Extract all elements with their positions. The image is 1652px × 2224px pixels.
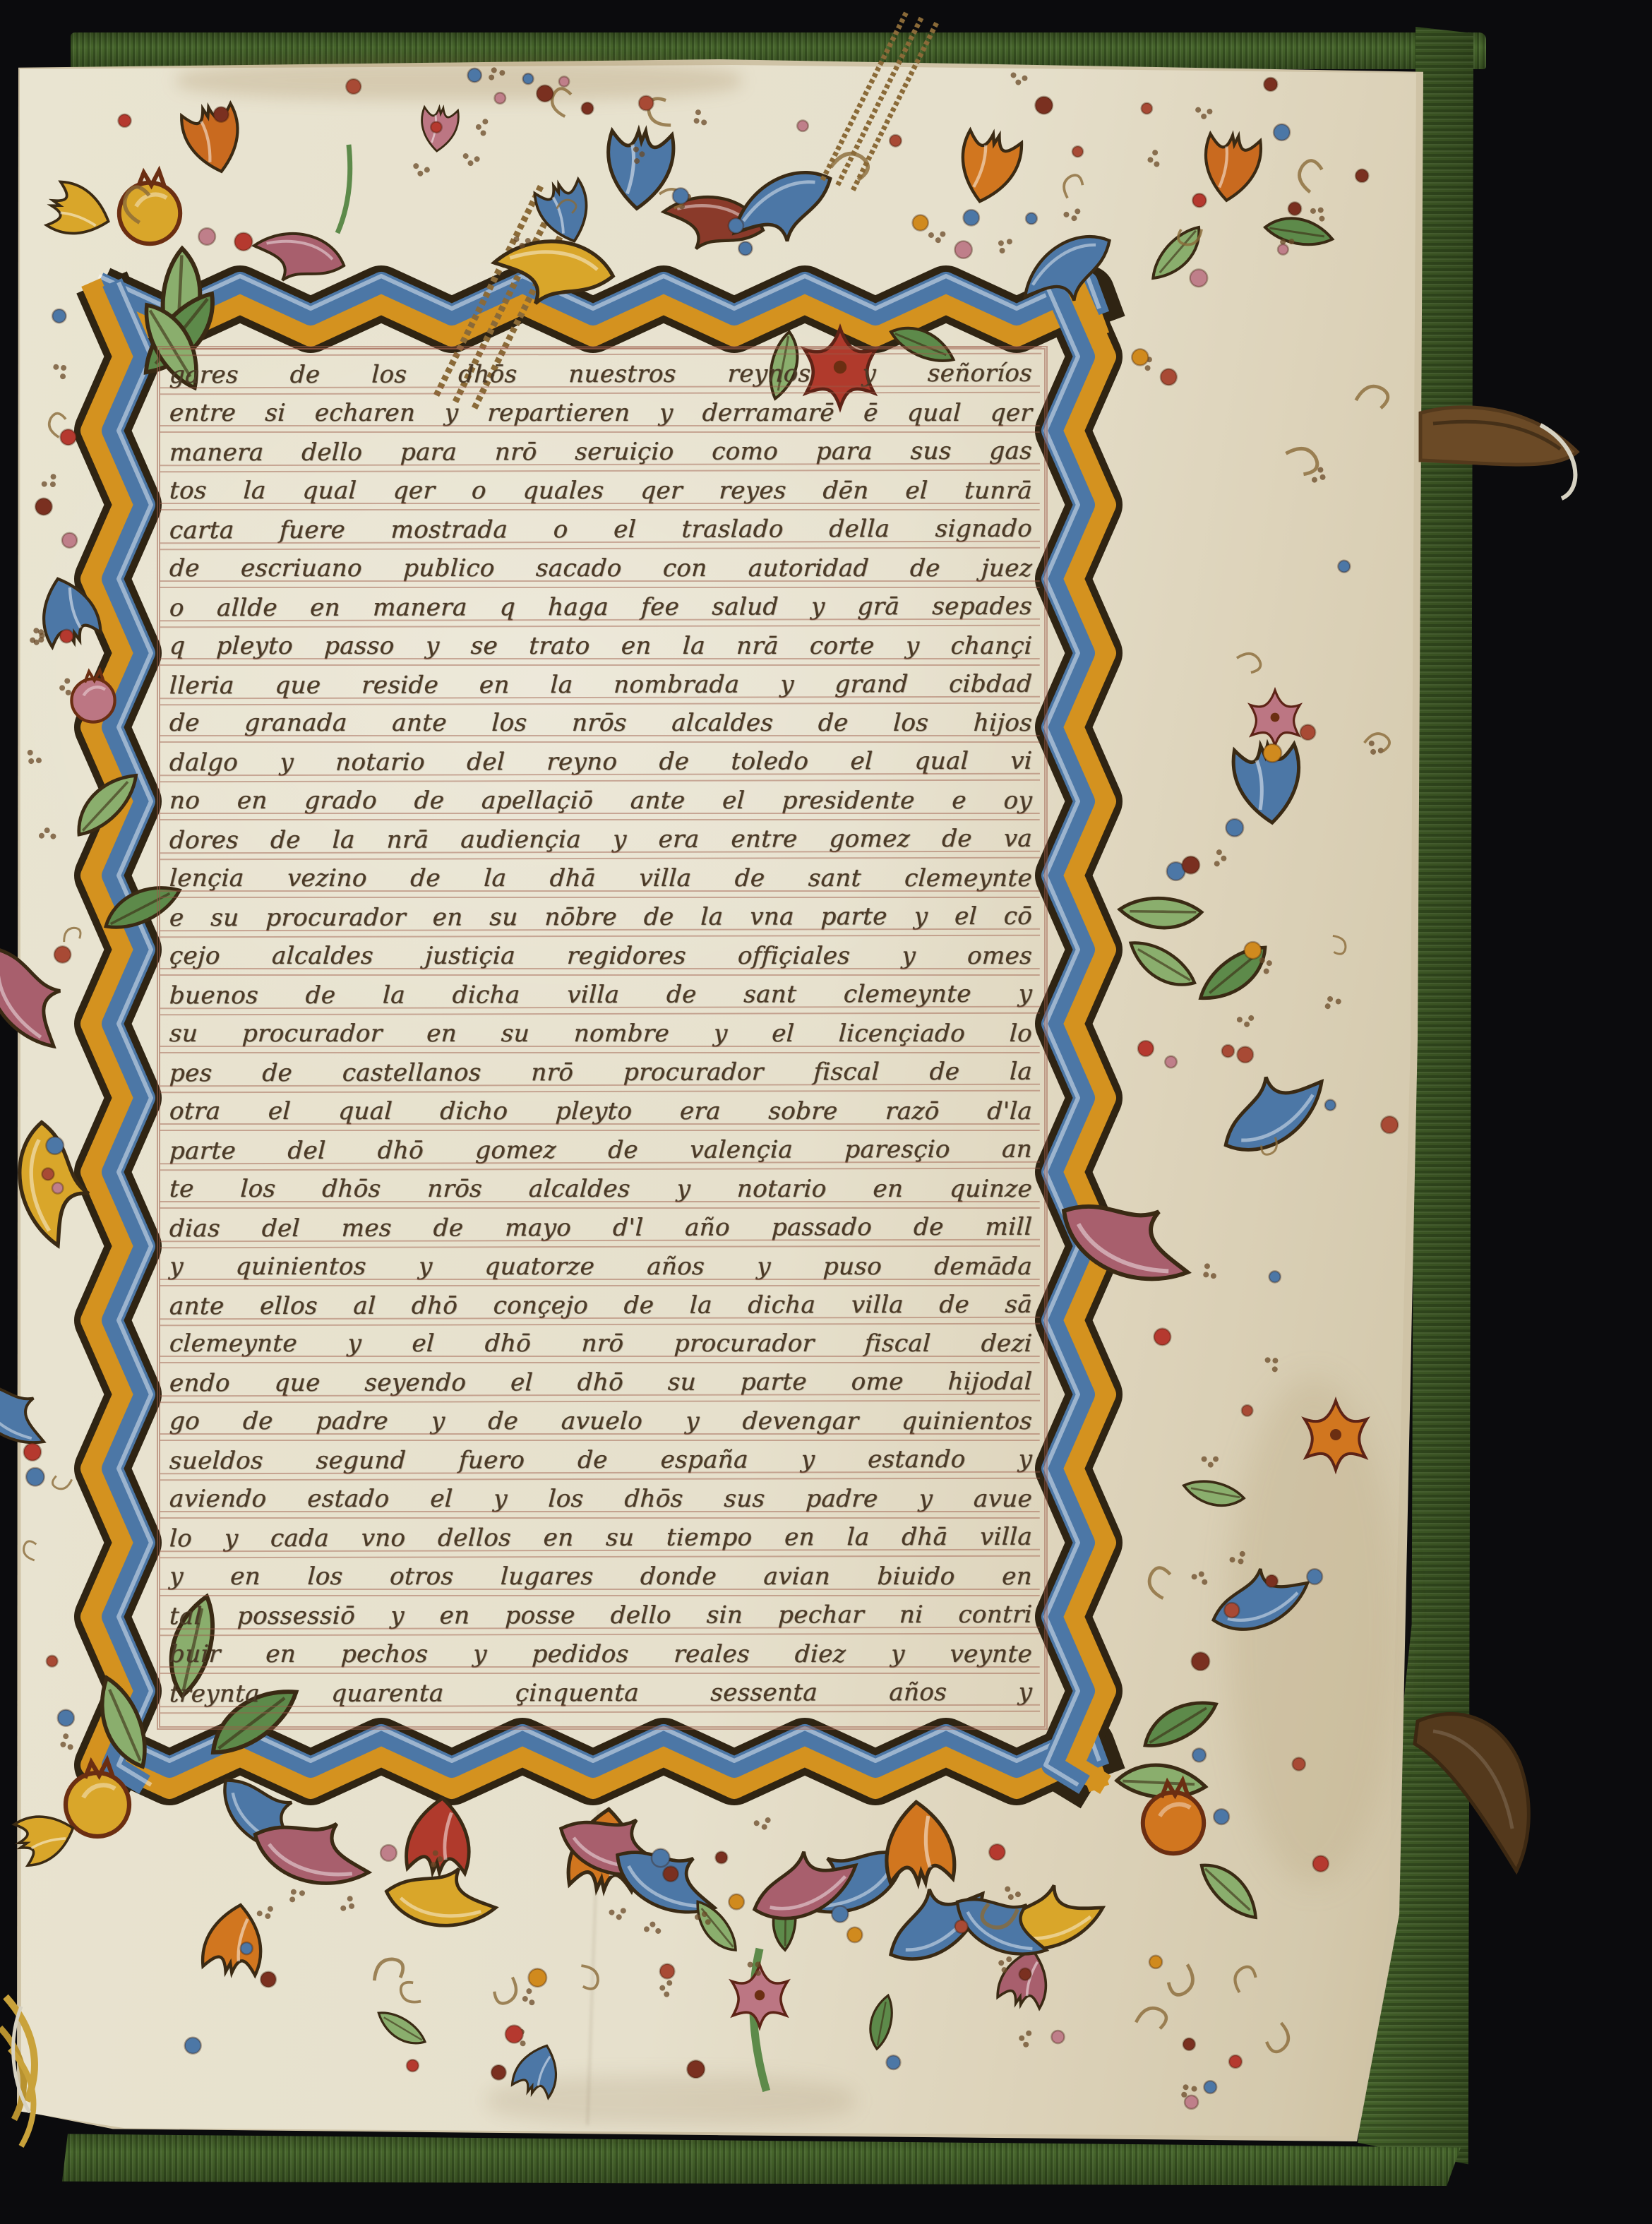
manuscript-line: manera dello para nrō seruiçio como para… xyxy=(169,434,1033,474)
flower-motif xyxy=(859,1994,905,2050)
flower-motif xyxy=(995,235,1013,256)
paint-dot xyxy=(954,241,971,258)
manuscript-line: buir en pechos y pedidos reales diez y v… xyxy=(169,1637,1034,1675)
paint-dot xyxy=(1242,1405,1253,1416)
paint-dot xyxy=(467,68,481,82)
flower-motif xyxy=(40,471,61,492)
flower-motif xyxy=(1234,650,1263,674)
leather-tie-lower xyxy=(1415,1714,1528,1871)
paint-dot xyxy=(234,233,252,251)
flower-motif xyxy=(1010,72,1027,85)
flower-motif xyxy=(1228,1548,1250,1569)
flower-motif xyxy=(475,119,489,136)
paint-dot xyxy=(52,1183,63,1193)
flower-motif xyxy=(1354,384,1389,412)
paint-dot xyxy=(1192,193,1206,207)
paint-dot xyxy=(1293,1758,1305,1771)
paint-dot xyxy=(913,215,928,230)
flower-motif xyxy=(405,1795,474,1875)
manuscript-line: o allde en manera q haga fee salud y grā… xyxy=(169,588,1033,628)
paint-dot xyxy=(1274,124,1290,141)
manuscript-line: parte del dhō gomez de valençia paresçio… xyxy=(169,1131,1033,1171)
flower-motif xyxy=(44,179,116,244)
paint-dot xyxy=(198,228,215,245)
paint-dot xyxy=(1288,202,1301,215)
flower-motif xyxy=(37,826,56,842)
paint-dot xyxy=(1072,146,1083,157)
silk-tassel xyxy=(0,1997,35,2146)
paint-dot xyxy=(24,1443,41,1460)
paint-dot xyxy=(1019,1968,1031,1980)
flower-motif xyxy=(1250,690,1300,746)
manuscript-line: de granada ante los nrōs alcaldes de los… xyxy=(169,705,1034,744)
paint-dot xyxy=(1307,1569,1322,1584)
flower-motif xyxy=(689,108,710,129)
manuscript-line: çejo alcaldes justiçia regidores offiçia… xyxy=(169,938,1034,977)
flower-motif xyxy=(1199,132,1262,204)
flower-motif xyxy=(882,1800,955,1885)
flower-motif xyxy=(1321,992,1342,1012)
flower-motif xyxy=(1166,1961,1198,1999)
flower-motif xyxy=(1182,1467,1245,1519)
paint-dot xyxy=(1165,1056,1176,1068)
flower-motif xyxy=(340,1894,357,1915)
flower-motif xyxy=(285,1884,306,1906)
flower-motif xyxy=(1190,1570,1209,1586)
paint-dot xyxy=(495,92,506,104)
manuscript-line: tal possessiō y en posse dello sin pecha… xyxy=(169,1597,1033,1637)
flower-motif xyxy=(1299,160,1322,192)
paint-dot xyxy=(1182,856,1199,874)
manuscript-line: lo y cada vno dellos en su tiempo en la … xyxy=(169,1519,1033,1560)
paint-dot xyxy=(537,85,553,102)
paint-dot xyxy=(1355,169,1368,182)
paint-dot xyxy=(1263,744,1281,763)
paint-dot xyxy=(1051,2031,1064,2043)
flower-motif xyxy=(1203,1556,1316,1639)
manuscript-line: dias del mes de mayo d'l año passado de … xyxy=(169,1209,1033,1249)
flower-motif xyxy=(1207,1054,1337,1166)
paint-dot xyxy=(1161,369,1177,385)
paint-dot xyxy=(1192,1652,1209,1670)
flower-motif xyxy=(21,1539,41,1562)
paint-dot xyxy=(42,1168,54,1180)
flower-motif xyxy=(50,360,71,381)
leather-tie-upper xyxy=(1420,407,1577,498)
manuscript-line: go de padre y de avuelo y devengar quini… xyxy=(169,1404,1034,1442)
manuscript-line: pes de castellanos nrō procurador fiscal… xyxy=(169,1054,1033,1094)
paint-dot xyxy=(582,102,594,114)
paint-dot xyxy=(62,533,77,548)
paint-dot xyxy=(185,2038,201,2054)
flower-motif xyxy=(1236,1012,1257,1030)
flower-motif xyxy=(376,2001,426,2055)
flower-motif xyxy=(1364,734,1389,752)
paint-dot xyxy=(1300,725,1315,740)
flower-motif xyxy=(1201,1453,1221,1469)
flower-motif xyxy=(1063,205,1084,225)
paint-dot xyxy=(559,76,569,86)
paint-dot xyxy=(1190,270,1208,287)
manuscript-line: te los dhōs nrōs alcaldes y notario en q… xyxy=(169,1171,1034,1210)
paint-dot xyxy=(832,1906,848,1922)
flower-motif xyxy=(753,1814,774,1833)
paint-dot xyxy=(61,429,76,445)
paint-dot xyxy=(989,1844,1005,1860)
manuscript-line: su procurador en su nombre y el licençia… xyxy=(169,1016,1034,1055)
paint-dot xyxy=(652,1849,670,1867)
paint-dot xyxy=(529,1968,547,1987)
paint-dot xyxy=(1149,1956,1162,1968)
manuscript-line: tos la qual qer o quales qer reyes dēn e… xyxy=(169,473,1034,512)
paint-dot xyxy=(1154,1329,1171,1346)
paint-dot xyxy=(729,218,743,233)
flower-motif xyxy=(952,128,1024,208)
flower-motif xyxy=(1327,932,1349,957)
manuscript-line: ante ellos al dhō conçejo de la dicha vi… xyxy=(169,1286,1033,1327)
paint-dot xyxy=(491,2065,506,2080)
manuscript-line: y en los otros lugares donde avian biuid… xyxy=(169,1559,1034,1598)
flower-motif xyxy=(1002,1886,1022,1902)
paint-dot xyxy=(346,79,361,94)
manuscript-line: entre si echaren y repartieren y derrama… xyxy=(169,395,1034,434)
flower-motif xyxy=(1281,443,1322,478)
paint-dot xyxy=(639,96,654,111)
flower-motif xyxy=(643,1921,661,1935)
manuscript-line: lleria que reside en la nombrada y grand… xyxy=(169,666,1033,706)
flower-motif xyxy=(1145,149,1163,169)
paint-dot xyxy=(1026,213,1037,225)
flower-motif xyxy=(1231,1963,1258,1996)
flower-motif xyxy=(1199,1852,1260,1930)
paint-dot xyxy=(431,121,442,133)
flower-motif xyxy=(1198,1262,1219,1284)
manuscript-line: lençia vezino de la dhā villa de sant cl… xyxy=(169,861,1034,899)
flower-motif xyxy=(822,11,938,190)
manuscript-line: aviendo estado el y los dhōs sus padre y… xyxy=(169,1481,1034,1520)
paint-dot xyxy=(797,120,808,131)
manuscript-line: sueldos segund fuero de españa y estando… xyxy=(169,1442,1033,1482)
flower-motif xyxy=(1127,926,1197,1001)
flower-motif xyxy=(60,924,84,947)
flower-motif xyxy=(485,64,506,84)
paint-dot xyxy=(26,1468,44,1486)
flower-motif xyxy=(256,1903,277,1923)
paint-dot xyxy=(716,1852,728,1864)
manuscript-line: e su procurador en su nōbre de la vna pa… xyxy=(169,899,1033,939)
paint-dot xyxy=(1338,561,1350,573)
paint-dot xyxy=(663,1866,678,1881)
manuscript-line: carta fuere mostrada o el traslado della… xyxy=(169,510,1033,551)
paint-dot xyxy=(1238,1046,1254,1063)
flower-motif xyxy=(396,1978,426,2008)
paint-dot xyxy=(119,114,131,127)
flower-motif xyxy=(56,1733,77,1754)
paint-dot xyxy=(241,1942,253,1954)
paint-dot xyxy=(47,1656,58,1667)
paint-dot xyxy=(955,1920,968,1933)
paint-dot xyxy=(505,2026,523,2043)
paint-dot xyxy=(1381,1116,1398,1133)
paint-dot xyxy=(523,73,534,84)
paint-dot xyxy=(60,630,73,643)
manuscript-line: otra el qual dicho pleyto era sobre razō… xyxy=(169,1094,1034,1132)
flower-motif xyxy=(1147,1566,1174,1600)
flower-motif xyxy=(1262,1353,1283,1373)
paint-dot xyxy=(1229,2055,1242,2068)
paint-dot xyxy=(964,210,979,225)
flower-motif xyxy=(1139,1699,1222,1748)
manuscript-photo: gares de los dhōs nuestros reynos y seño… xyxy=(0,0,1652,2224)
flower-motif xyxy=(510,2038,566,2099)
paint-dot xyxy=(214,107,229,121)
paint-dot xyxy=(1192,1748,1206,1762)
manuscript-line: buenos de la dicha villa de sant clemeyn… xyxy=(169,976,1033,1017)
flower-motif xyxy=(604,128,674,210)
manuscript-line: gares de los dhōs nuestros reynos y seño… xyxy=(169,356,1033,396)
paint-dot xyxy=(729,1894,743,1909)
flower-motif xyxy=(462,153,479,166)
paint-dot xyxy=(1035,97,1052,114)
paint-dot xyxy=(1313,1856,1329,1872)
flower-motif xyxy=(119,171,180,244)
flower-motif xyxy=(928,228,948,246)
flower-motif xyxy=(659,1980,672,1997)
flower-motif xyxy=(608,1904,628,1923)
flower-motif xyxy=(23,749,44,768)
manuscript-line: no en grado de apellaçiō ante el preside… xyxy=(169,783,1034,822)
paint-dot xyxy=(1204,2081,1216,2093)
paint-dot xyxy=(1214,1809,1229,1824)
flower-motif xyxy=(1195,106,1214,120)
paint-dot xyxy=(58,1710,74,1726)
flower-motif xyxy=(1118,883,1202,941)
paint-dot xyxy=(890,135,902,147)
manuscript-line: endo que seyendo el dhō su parte ome hij… xyxy=(169,1364,1033,1404)
paint-dot xyxy=(1245,942,1262,959)
flower-motif xyxy=(1305,1401,1367,1470)
paint-dot xyxy=(1226,819,1243,837)
paint-dot xyxy=(738,241,752,255)
paint-dot xyxy=(660,1964,675,1979)
paint-dot xyxy=(1325,1100,1336,1111)
flower-motif xyxy=(1060,172,1085,202)
bottom-border-flowers xyxy=(200,1757,1108,2099)
paint-dot xyxy=(1278,244,1288,255)
manuscript-line: de escriuano publico sacado con autorida… xyxy=(169,551,1034,590)
flower-motif xyxy=(1311,465,1328,485)
flower-motif xyxy=(1134,2006,1168,2033)
paint-dot xyxy=(1142,103,1152,114)
manuscript-line: q pleyto passo y se trato en la nrā cort… xyxy=(169,628,1034,667)
manuscript-line: clemeynte y el dhō nrō procurador fiscal… xyxy=(169,1326,1034,1365)
flower-motif xyxy=(51,1473,73,1491)
flower-motif xyxy=(491,1973,522,2007)
paint-dot xyxy=(1266,1575,1278,1587)
paint-dot xyxy=(52,309,66,323)
paint-dot xyxy=(1138,1041,1154,1056)
paint-dot xyxy=(687,2060,705,2078)
paint-dot xyxy=(46,1137,64,1154)
flower-motif xyxy=(1308,203,1329,222)
flower-motif xyxy=(1265,2021,1291,2053)
manuscript-line: treynta quarenta çinquenta sessenta años… xyxy=(169,1675,1033,1715)
paint-dot xyxy=(1183,2038,1195,2050)
paint-dot xyxy=(1269,1271,1281,1282)
paint-dot xyxy=(1185,2096,1198,2109)
flower-motif xyxy=(333,145,357,234)
corner-cluster-bottom-right xyxy=(1115,1699,1260,1930)
paint-dot xyxy=(54,946,71,962)
paint-dot xyxy=(407,2059,419,2071)
paint-dot xyxy=(1224,1603,1239,1618)
paint-dot xyxy=(1132,349,1148,365)
manuscript-line: dalgo y notario del reyno de toledo el q… xyxy=(169,743,1033,784)
paint-dot xyxy=(847,1927,862,1942)
flower-motif xyxy=(1191,945,1276,1003)
manuscript-line: y quinientos y quatorze años y puso demā… xyxy=(169,1249,1034,1288)
manuscript-line: dores de la nrā audiençia y era entre go… xyxy=(169,821,1033,861)
flower-motif xyxy=(412,163,430,177)
paint-dot xyxy=(35,498,52,515)
manuscript-text-block: gares de los dhōs nuestros reynos y seño… xyxy=(169,357,1032,1714)
paint-dot xyxy=(381,1845,397,1861)
flower-motif xyxy=(1365,740,1385,758)
flower-motif xyxy=(1019,2031,1031,2047)
flower-motif xyxy=(1214,849,1227,867)
paint-dot xyxy=(261,1972,276,1987)
paint-dot xyxy=(1264,78,1277,91)
flower-motif xyxy=(519,1987,538,2009)
flower-motif xyxy=(573,1961,602,1993)
paint-dot xyxy=(887,2055,901,2069)
paint-dot xyxy=(1222,1045,1234,1057)
paint-dot xyxy=(673,188,689,204)
